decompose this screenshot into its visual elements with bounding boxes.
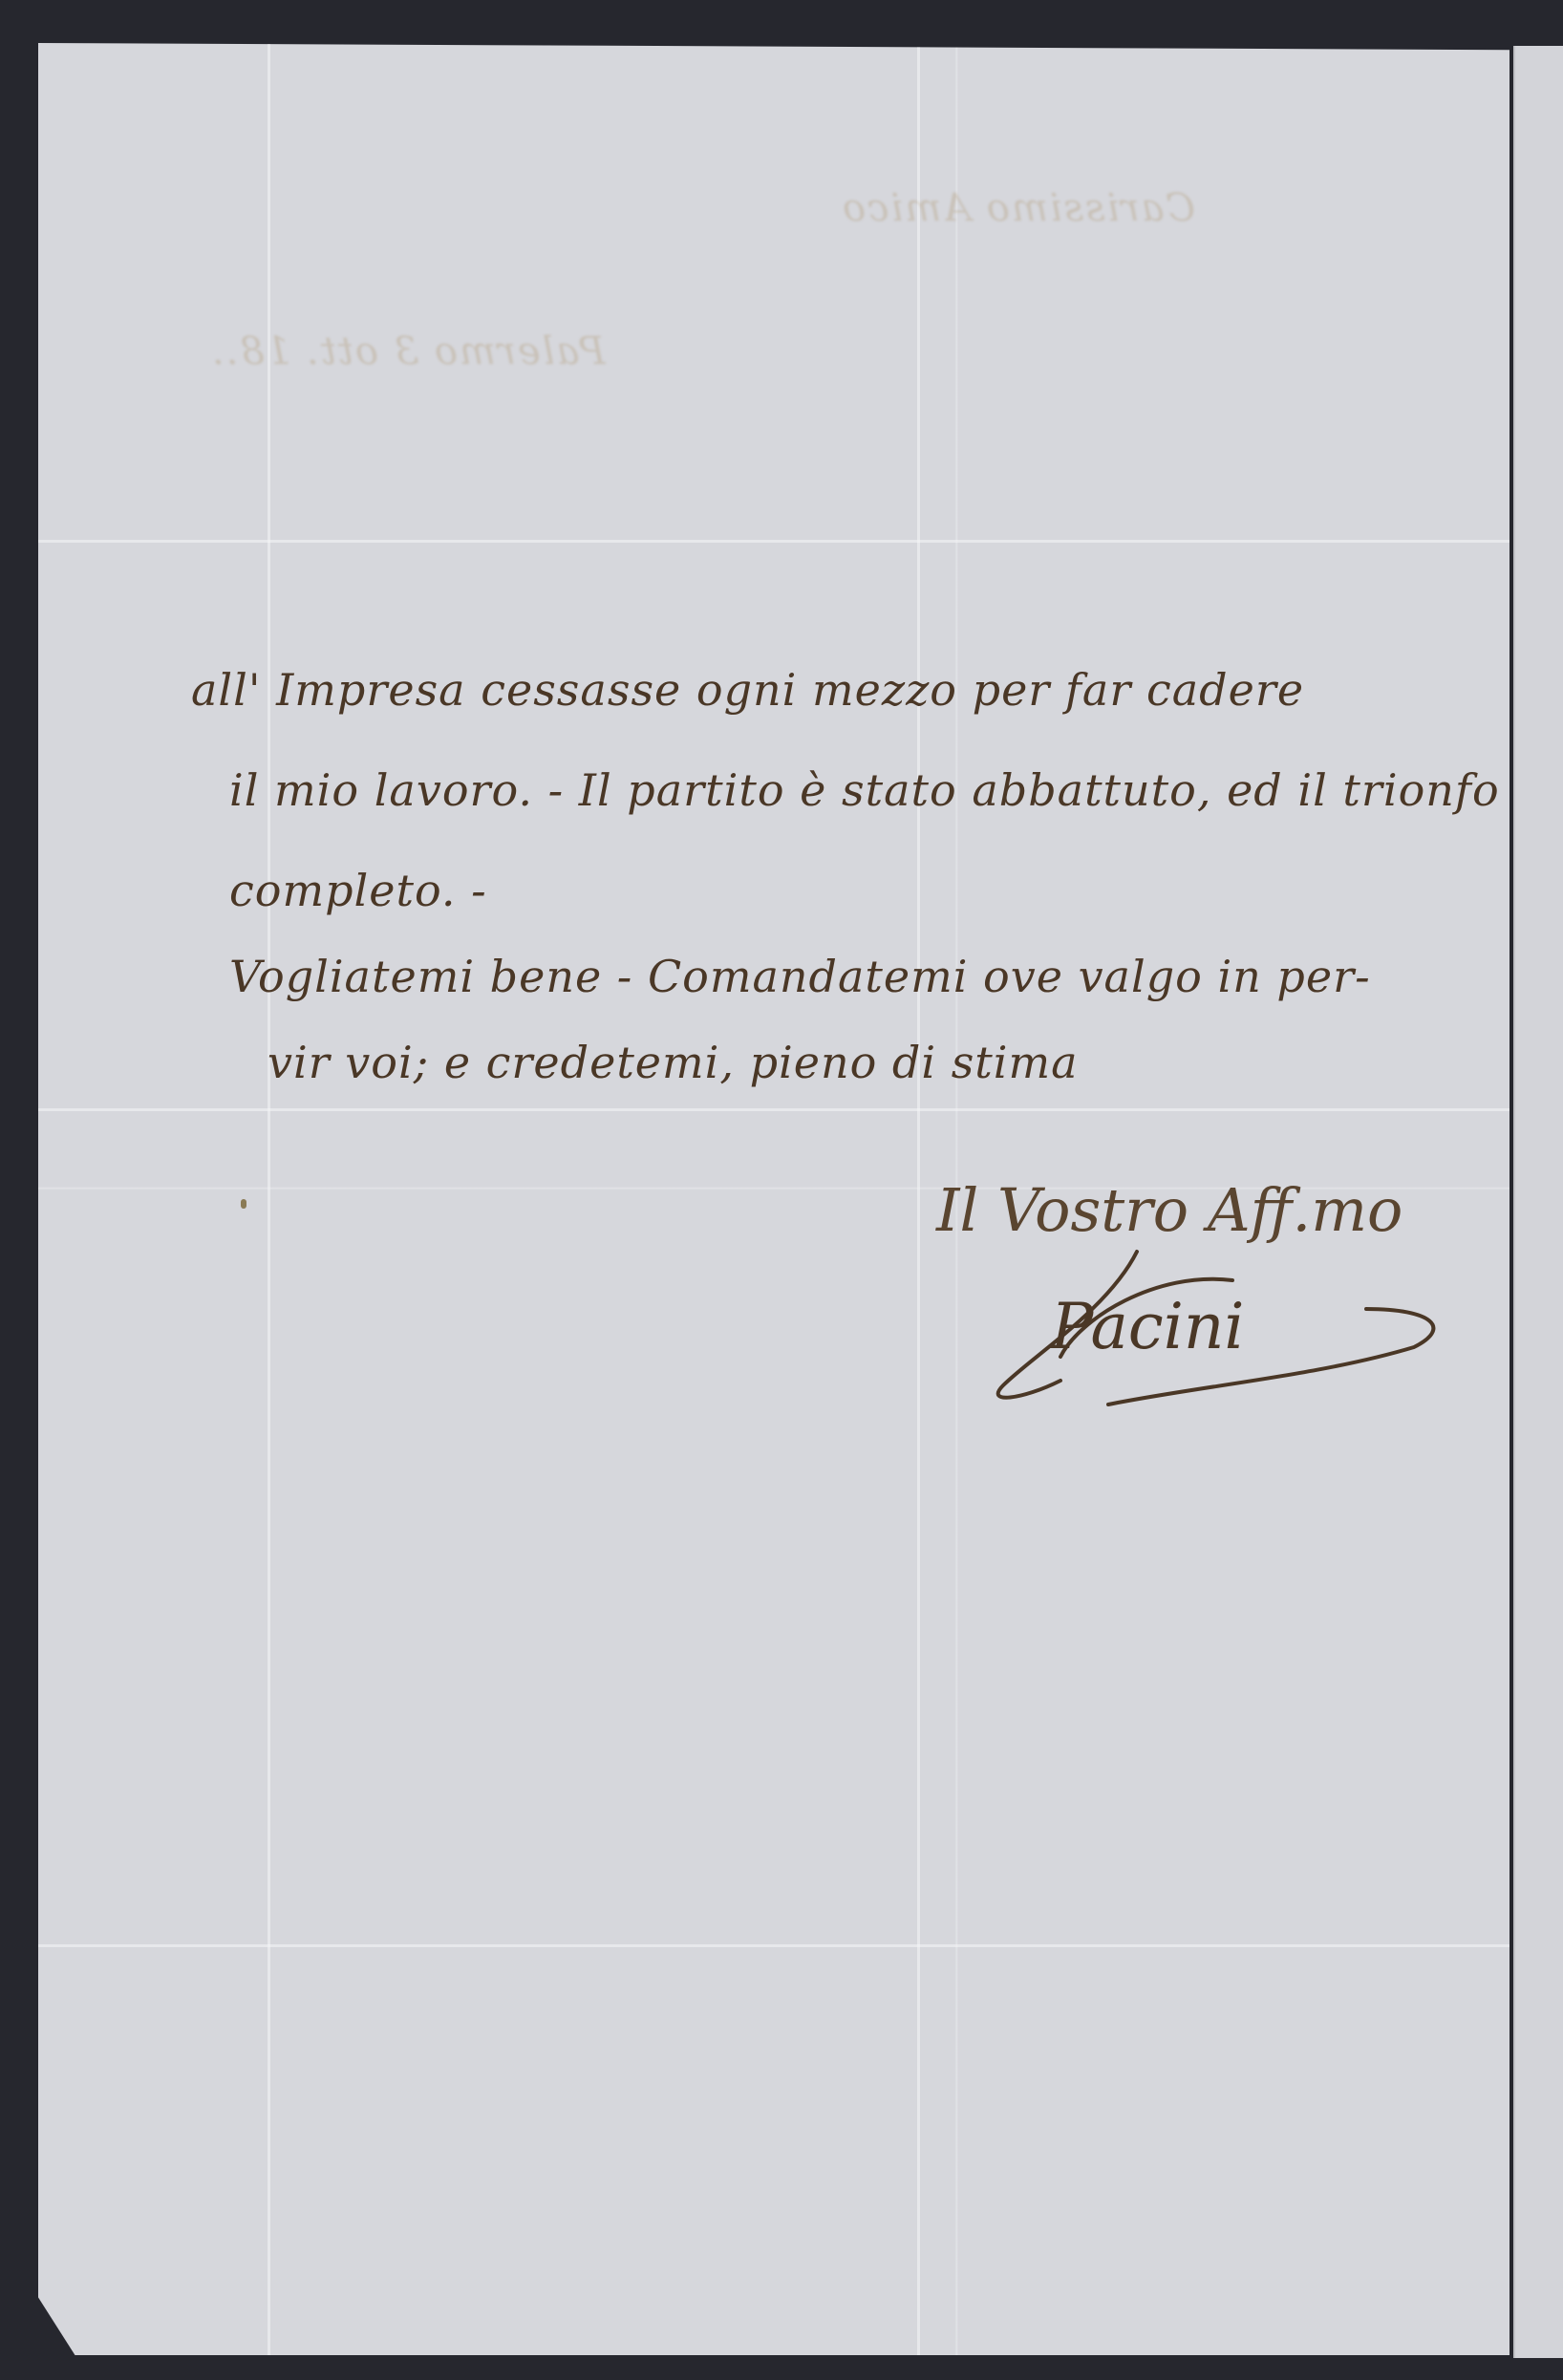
signature-closing: Il Vostro Aff.mo <box>936 1175 1402 1245</box>
letter-line: all' Impresa cessasse ogni mezzo per far… <box>191 664 1304 716</box>
bleed-through-text: Carissimo Amico <box>841 186 1195 230</box>
adjacent-page-edge <box>1513 46 1563 2358</box>
letter-line: il mio lavoro. - Il partito è stato abba… <box>229 764 1500 816</box>
letter-line: completo. - <box>229 865 487 916</box>
letter-line: Vogliatemi bene - Comandatemi ove valgo … <box>229 951 1371 1002</box>
fold-line <box>38 1108 1509 1111</box>
letter-line: vir voi; e credetemi, pieno di stima <box>268 1037 1079 1088</box>
ink-spot <box>241 1199 246 1209</box>
signature-name: Pacini <box>1051 1290 1244 1363</box>
fold-line <box>268 43 270 2355</box>
signature-block: Il Vostro Aff.mo Pacini <box>917 1166 1471 1414</box>
fold-line <box>38 540 1509 543</box>
fold-line <box>38 1944 1509 1947</box>
bleed-through-text: Palermo 3 ott. 18.. <box>210 330 605 374</box>
